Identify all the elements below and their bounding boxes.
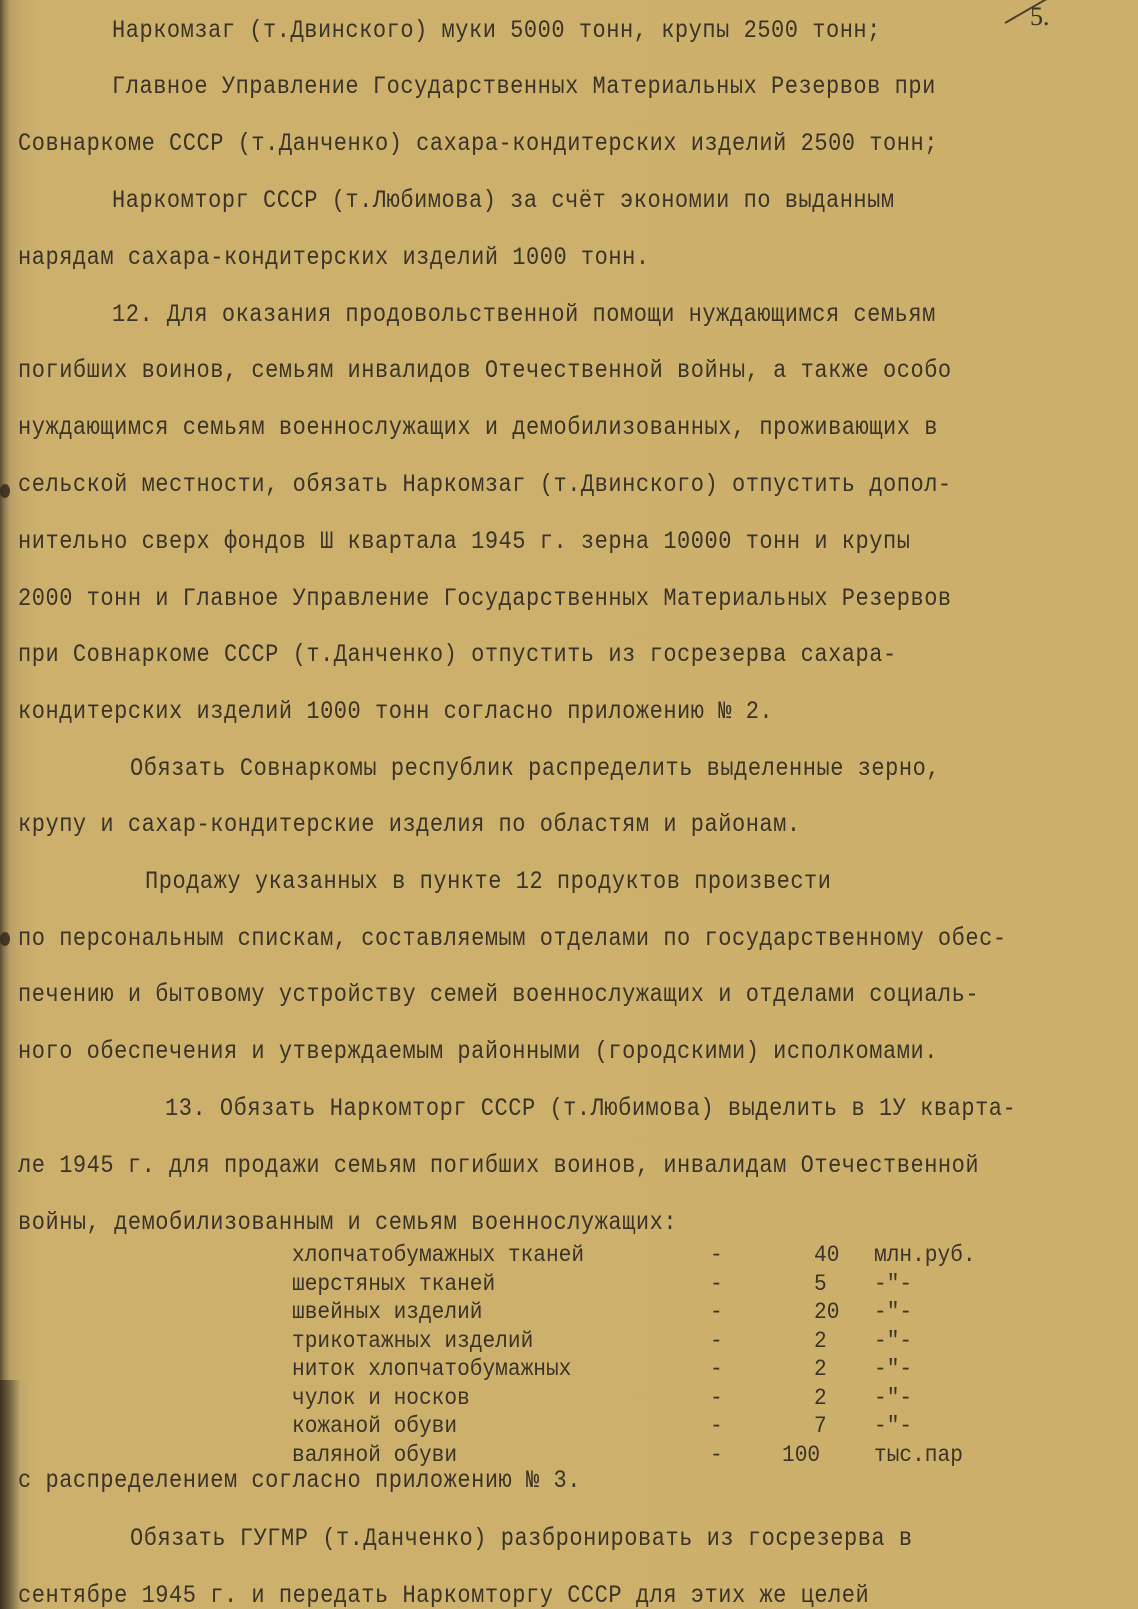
page-number: 5. xyxy=(1030,2,1050,32)
table-quantity: 7 xyxy=(814,1413,827,1439)
text-line: Наркомзаг (т.Двинского) муки 5000 тонн, … xyxy=(112,16,881,45)
text-line: печению и бытовому устройству семей воен… xyxy=(18,980,979,1009)
table-dash: - xyxy=(710,1356,723,1382)
text-line: нительно сверх фондов Ш квартала 1945 г.… xyxy=(18,527,910,556)
table-quantity: 2 xyxy=(814,1356,827,1382)
text-line: Продажу указанных в пункте 12 продуктов … xyxy=(145,867,832,896)
text-line: сельской местности, обязать Наркомзаг (т… xyxy=(18,470,952,499)
table-item-name: чулок и носков xyxy=(292,1385,470,1411)
table-quantity: 100 xyxy=(782,1442,820,1468)
table-unit: -"- xyxy=(874,1413,912,1439)
table-unit: -"- xyxy=(874,1328,912,1354)
text-line: Совнаркоме СССР (т.Данченко) сахара-конд… xyxy=(18,129,938,158)
table-item-name: трикотажных изделий xyxy=(292,1328,533,1354)
binding-hole xyxy=(0,932,10,946)
table-item-name: ниток хлопчатобумажных xyxy=(292,1356,571,1382)
text-line: кондитерских изделий 1000 тонн согласно … xyxy=(18,697,773,726)
table-quantity: 2 xyxy=(814,1385,827,1411)
table-unit: -"- xyxy=(874,1356,912,1382)
text-line: 12. Для оказания продовольственной помощ… xyxy=(112,300,936,329)
table-unit: млн.руб. xyxy=(874,1242,976,1268)
text-line: с распределением согласно приложению № 3… xyxy=(18,1466,581,1495)
table-unit: -"- xyxy=(874,1385,912,1411)
text-line: Наркомторг СССР (т.Любимова) за счёт эко… xyxy=(112,186,895,215)
table-dash: - xyxy=(710,1442,723,1468)
text-line: крупу и сахар-кондитерские изделия по об… xyxy=(18,810,801,839)
binding-hole xyxy=(0,484,10,498)
text-line: нуждающимся семьям военнослужащих и демо… xyxy=(18,413,938,442)
table-unit: -"- xyxy=(874,1299,912,1325)
text-line: по персональным спискам, составляемым от… xyxy=(18,924,1007,953)
table-item-name: шерстяных тканей xyxy=(292,1271,495,1297)
table-quantity: 5 xyxy=(814,1271,827,1297)
table-item-name: кожаной обуви xyxy=(292,1413,457,1439)
text-line: Обязать Совнаркомы республик распределит… xyxy=(130,754,940,783)
table-quantity: 2 xyxy=(814,1328,827,1354)
table-quantity: 20 xyxy=(814,1299,839,1325)
text-line: ле 1945 г. для продажи семьям погибших в… xyxy=(18,1151,979,1180)
text-line: при Совнаркоме СССР (т.Данченко) отпусти… xyxy=(18,640,897,669)
table-item-name: валяной обуви xyxy=(292,1442,457,1468)
table-quantity: 40 xyxy=(814,1242,839,1268)
text-line: ного обеспечения и утверждаемым районным… xyxy=(18,1037,938,1066)
table-dash: - xyxy=(710,1413,723,1439)
table-dash: - xyxy=(710,1299,723,1325)
text-line: 13. Обязать Наркомторг СССР (т.Любимова)… xyxy=(165,1094,1016,1123)
text-line: погибших воинов, семьям инвалидов Отечес… xyxy=(18,356,952,385)
table-item-name: хлопчатобумажных тканей xyxy=(292,1242,584,1268)
text-line: войны, демобилизованным и семьям военнос… xyxy=(18,1208,677,1237)
text-line: сентябре 1945 г. и передать Наркомторгу … xyxy=(18,1581,869,1609)
table-dash: - xyxy=(710,1385,723,1411)
table-dash: - xyxy=(710,1271,723,1297)
table-dash: - xyxy=(710,1328,723,1354)
table-unit: -"- xyxy=(874,1271,912,1297)
text-line: 2000 тонн и Главное Управление Государст… xyxy=(18,584,952,613)
table-unit: тыс.пар xyxy=(874,1442,963,1468)
table-item-name: швейных изделий xyxy=(292,1299,482,1325)
table-dash: - xyxy=(710,1242,723,1268)
text-line: нарядам сахара-кондитерских изделий 1000… xyxy=(18,243,650,272)
text-line: Обязать ГУГМР (т.Данченко) разбронироват… xyxy=(130,1524,913,1553)
text-line: Главное Управление Государственных Матер… xyxy=(112,72,936,101)
